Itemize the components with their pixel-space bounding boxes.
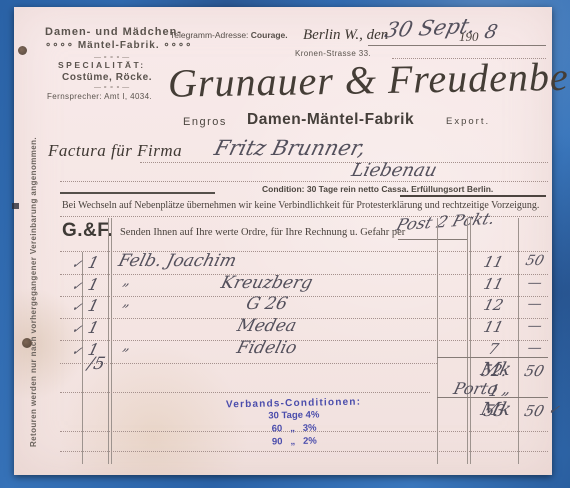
fulfillment-text: Erfüllungsort Berlin. [411, 184, 493, 194]
check-mark: ✓ [70, 257, 84, 271]
row-qty: 1 [86, 253, 101, 272]
phone-line: Fernsprecher: Amt I, 4034. [47, 92, 152, 101]
business-label: Damen-Mäntel-Fabrik [247, 111, 414, 129]
place-rule [60, 181, 548, 182]
customer-place: Liebenau [349, 160, 439, 181]
photo-background: Damen- und Mädchen- ∘∘∘∘ Mäntel-Fabrik. … [0, 0, 570, 488]
row-description: Medea [114, 316, 419, 336]
ornament-divider-2: —∘∘∘— [94, 83, 131, 91]
company-name: Grunauer & Freudenberg [168, 52, 570, 107]
conditions-stamp: Verbands-Conditionen: 30 Tage 4% 60 „ 3%… [204, 396, 383, 450]
speciality-value: Costüme, Röcke. [62, 72, 152, 83]
row-qty: 1 [86, 275, 101, 294]
order-text: Senden Ihnen auf Ihre werte Ordre, für I… [120, 226, 405, 238]
monogram: G.&F. [62, 220, 113, 242]
year-printed: 190 [459, 29, 479, 45]
row-qty: 1 [86, 318, 101, 337]
row-pfennig: — [518, 296, 552, 312]
total-flourish: ✓ [547, 403, 562, 418]
row-description: G 26 [114, 294, 419, 314]
row-pfennig: — [518, 275, 552, 291]
telegram-line: Telegramm-Adresse: Courage. [170, 30, 288, 40]
customer-rule [140, 162, 548, 163]
row-pfennig: 50 [518, 253, 552, 269]
city-dateline: Berlin W., den [303, 27, 388, 44]
condition-rule-right [400, 195, 546, 197]
row-pfennig: — [518, 318, 552, 334]
row-mark: 7 [466, 340, 520, 358]
condition-line: Condition: 30 Tage rein netto Cassa. Erf… [262, 184, 493, 194]
condition-text: Condition: 30 Tage rein netto Cassa. [262, 184, 409, 194]
export-label: Export. [446, 116, 490, 127]
row-rule [60, 451, 548, 452]
telegram-label: Telegramm-Adresse: [170, 30, 248, 40]
condition-rule-left [60, 192, 215, 194]
factory-line1: Damen- und Mädchen- [45, 26, 182, 38]
total-mark: 1 [466, 381, 523, 400]
row-description: Felb. Joachim [116, 251, 421, 271]
factory-line2: ∘∘∘∘ Mäntel-Fabrik. ∘∘∘∘ [45, 40, 192, 51]
check-mark: ✓ [70, 300, 84, 314]
total-mark: 53 [466, 401, 523, 420]
row-mark: 12 [466, 296, 520, 314]
factura-label: Factura für Firma [48, 141, 182, 161]
row-pfennig: — [518, 340, 552, 356]
row-mark: 11 [466, 253, 520, 271]
table-row: ✓ 1 Felb. Joachim 11 50 [57, 253, 550, 275]
total-pfennig: 50 [517, 362, 551, 380]
table-row: ✓ 1 Medea 11 — [57, 318, 550, 340]
row-mark: 11 [466, 275, 520, 293]
speciality-label: SPECIALITÄT: [58, 60, 146, 70]
telegram-value: Courage. [251, 30, 288, 40]
customer-name: Fritz Brunner, [212, 136, 368, 160]
check-mark: ✓ [70, 279, 84, 293]
per-underline [398, 239, 468, 240]
hole-punch-top [18, 46, 27, 55]
date-underline [368, 45, 546, 46]
total-mark: 52. [466, 361, 523, 380]
row-description: Kreuzberg [114, 273, 419, 293]
row-qty: 1 [86, 296, 101, 315]
margin-note: Retouren werden nur nach vorhergegangene… [29, 145, 38, 447]
edge-mark [12, 203, 19, 209]
row-mark: 11 [466, 318, 520, 336]
check-mark: ✓ [70, 322, 84, 336]
row-description: Fidelio [114, 338, 419, 358]
protest-note: Bei Wechseln auf Nebenplätze übernehmen … [62, 200, 539, 211]
table-row: ✓ 1 „ G 26 12 — [57, 296, 550, 318]
engros-label: Engros [183, 116, 227, 128]
check-mark: ✓ [70, 344, 84, 358]
